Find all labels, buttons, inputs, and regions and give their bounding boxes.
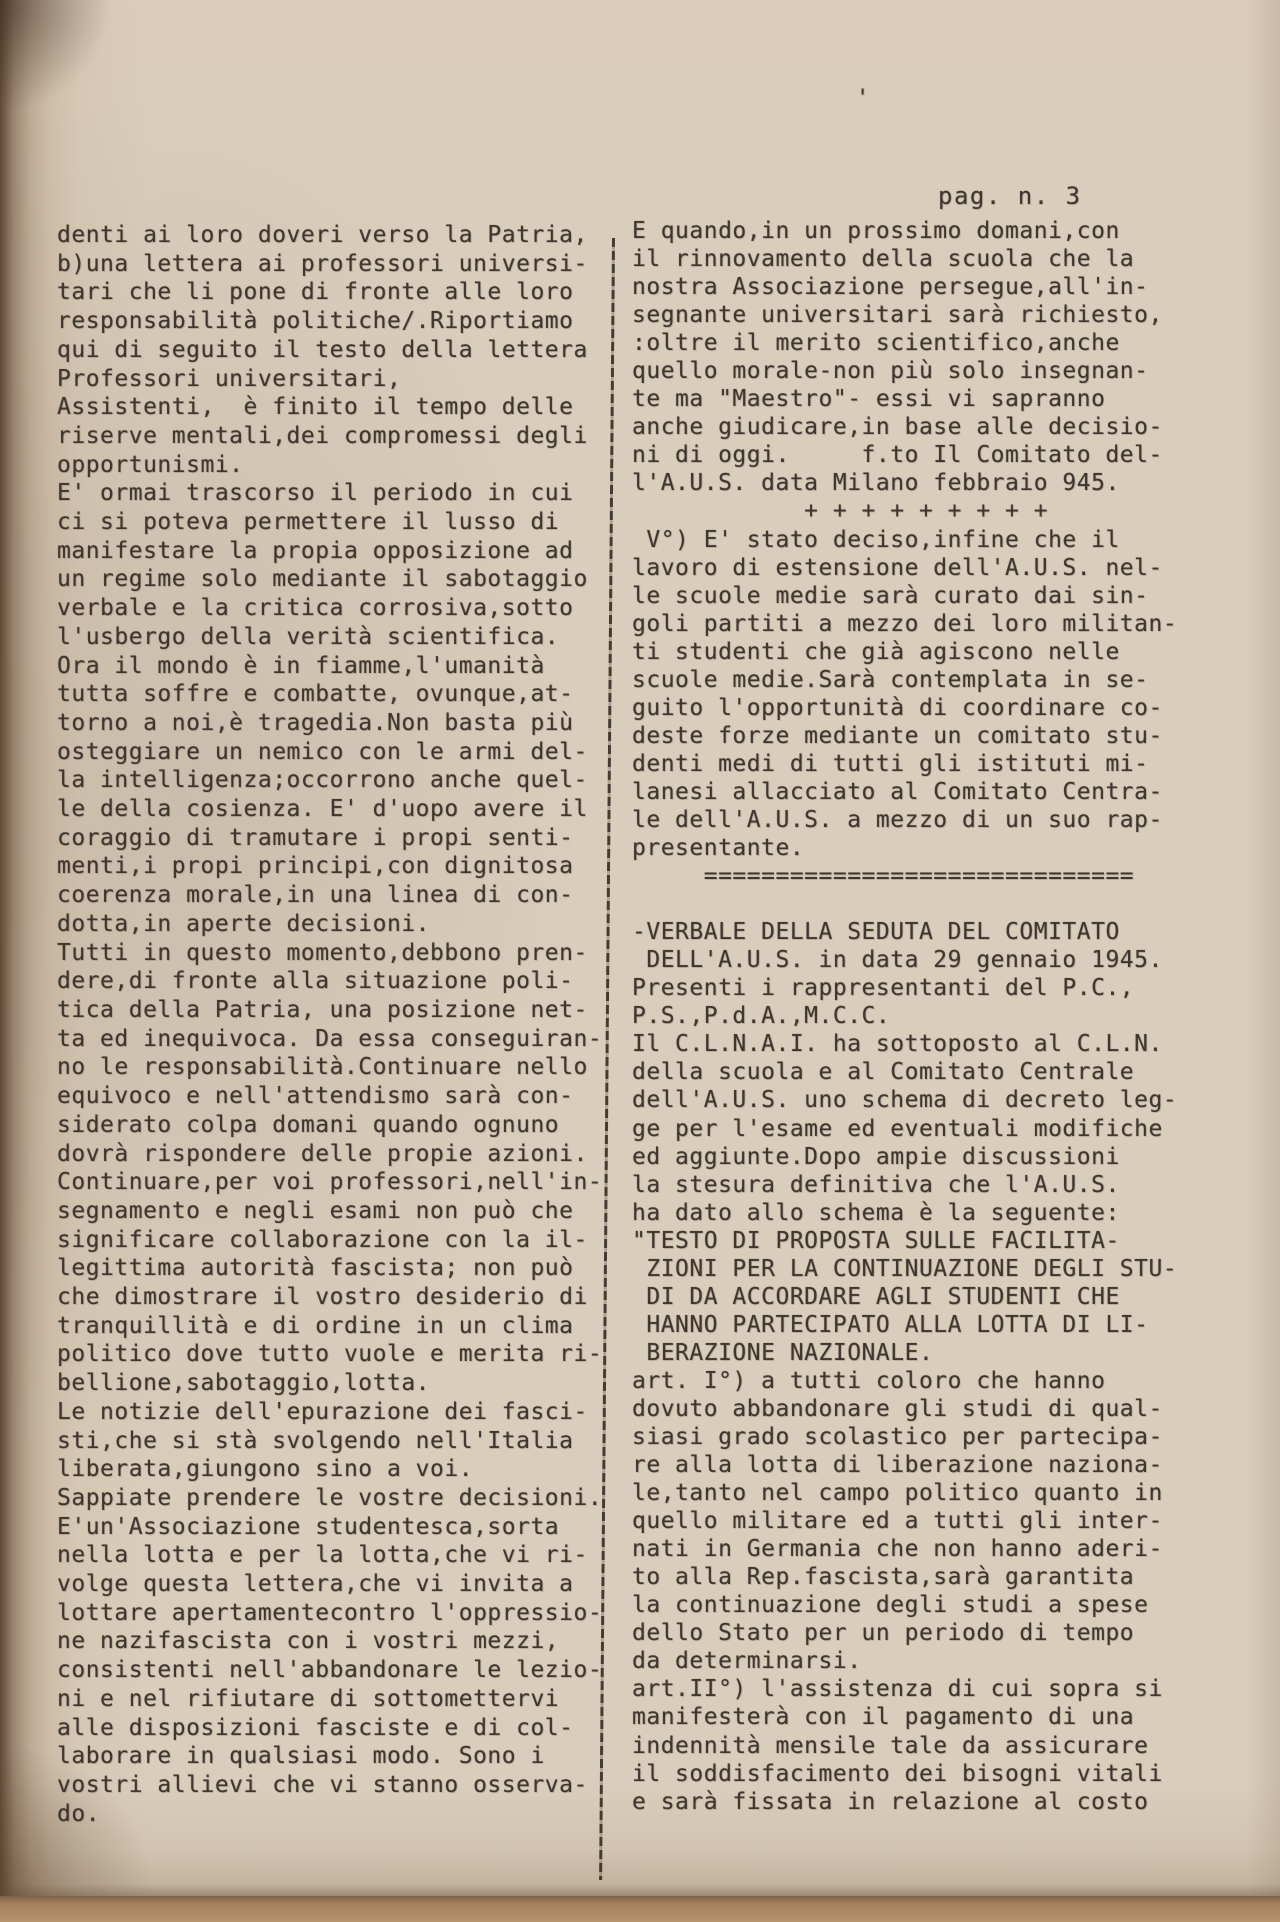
right-column-text: E quando,in un prossimo domani,con il ri… bbox=[632, 217, 1177, 1816]
stray-ink-mark: ' bbox=[856, 86, 869, 111]
scanned-document-page: pag. n. 3 ' denti ai loro doveri verso l… bbox=[0, 0, 1280, 1922]
page-number: pag. n. 3 bbox=[938, 182, 1082, 210]
desk-surface bbox=[0, 1896, 1280, 1922]
paper-bottom-edge-shadow bbox=[0, 1884, 1280, 1896]
left-column-text: denti ai loro doveri verso la Patria, b)… bbox=[57, 221, 602, 1828]
